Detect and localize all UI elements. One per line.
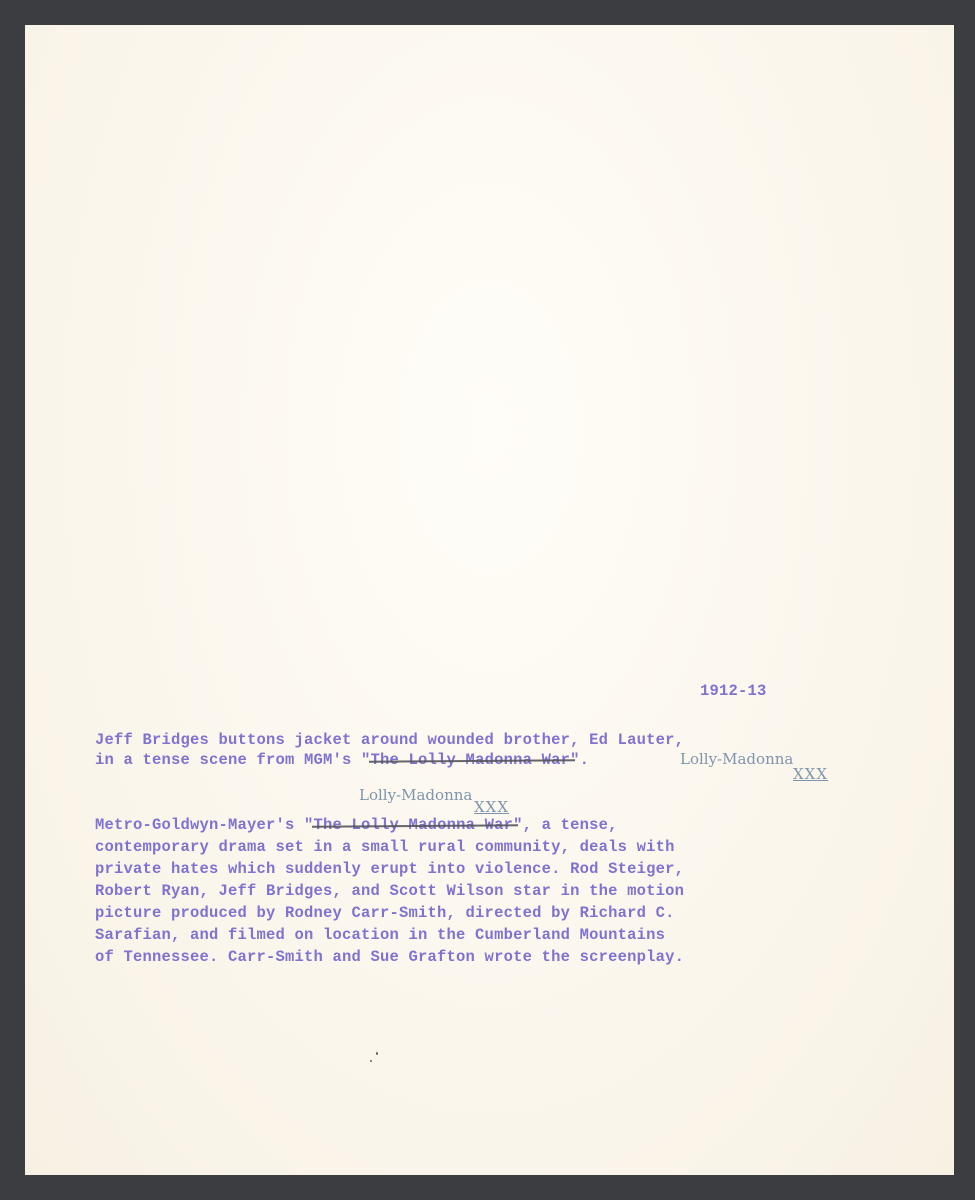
body-line-2: contemporary drama set in a small rural … [95, 837, 675, 857]
struck-title: The Lolly Madonna War [371, 750, 571, 770]
correction-mark-1: XXX [793, 765, 828, 783]
body-line-6: Sarafian, and filmed on location in the … [95, 925, 665, 945]
caption-line-2: in a tense scene from MGM's "The Lolly M… [95, 750, 589, 770]
struck-title: The Lolly Madonna War [314, 815, 514, 835]
photo-back-paper [25, 25, 954, 1175]
paper-speck [376, 1052, 378, 1055]
body-line-7: of Tennessee. Carr-Smith and Sue Grafton… [95, 947, 684, 967]
photo-number: 1912-13 [700, 681, 767, 701]
paper-speck [370, 1060, 372, 1062]
caption-line-1: Jeff Bridges buttons jacket around wound… [95, 730, 684, 750]
body-line-1: Metro-Goldwyn-Mayer's "The Lolly Madonna… [95, 815, 618, 835]
body-line-4: Robert Ryan, Jeff Bridges, and Scott Wil… [95, 881, 684, 901]
body-line-1-prefix: Metro-Goldwyn-Mayer's " [95, 816, 314, 834]
body-line-5: picture produced by Rodney Carr-Smith, d… [95, 903, 675, 923]
correction-mark-2: XXX [474, 798, 509, 816]
body-line-3: private hates which suddenly erupt into … [95, 859, 684, 879]
title-correction-stamp-1: Lolly-Madonna [680, 751, 793, 767]
caption-line-2-prefix: in a tense scene from MGM's " [95, 751, 371, 769]
title-correction-stamp-2: Lolly-Madonna [359, 787, 472, 803]
body-line-1-suffix: ", a tense, [513, 816, 618, 834]
